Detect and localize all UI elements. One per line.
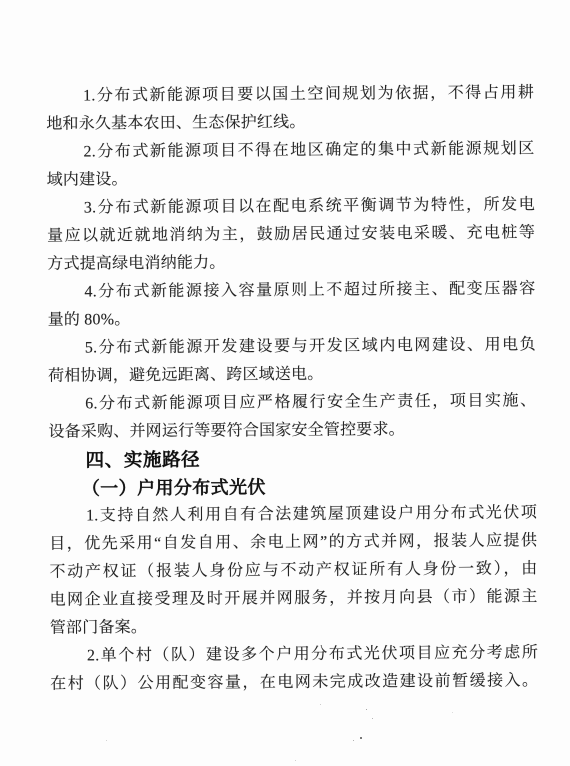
scan-noise-speck bbox=[353, 740, 354, 741]
sub-numbered-item-2-line-1: 2.单个村（队）建设多个户用分布式光伏项目应充分考虑所 bbox=[50, 639, 538, 670]
scan-noise-speck bbox=[372, 718, 373, 719]
scan-noise-speck bbox=[366, 709, 367, 710]
scan-noise-speck bbox=[106, 740, 107, 741]
numbered-item-5-line-1: 5.分布式新能源开发建设要与开发区域内电网建设、用电负 bbox=[48, 331, 536, 362]
section-heading-4-line-1: 四、实施路径 bbox=[49, 443, 537, 474]
document-body: 1.分布式新能源项目要以国土空间规划为依据，不得占用耕地和永久基本农田、生态保护… bbox=[46, 79, 538, 698]
scan-noise-speck bbox=[452, 712, 453, 713]
numbered-item-3-line-1: 3.分布式新能源项目以在配电系统平衡调节为特性，所发电 bbox=[47, 191, 535, 222]
numbered-item-1-line-1: 1.分布式新能源项目要以国土空间规划为依据，不得占用耕 bbox=[46, 79, 534, 110]
numbered-item-4-line-1: 4.分布式新能源接入容量原则上不超过所接主、配变压器容 bbox=[47, 275, 535, 306]
numbered-item-1-line-2: 地和永久基本农田、生态保护红线。 bbox=[46, 107, 534, 138]
scan-noise-speck bbox=[360, 737, 362, 739]
numbered-item-6-line-1: 6.分布式新能源项目应严格履行安全生产责任，项目实施、 bbox=[48, 387, 536, 418]
scanned-document-page: 1.分布式新能源项目要以国土空间规划为依据，不得占用耕地和永久基本农田、生态保护… bbox=[0, 0, 570, 766]
numbered-item-5-line-2: 荷相协调，避免远距离、跨区域送电。 bbox=[48, 359, 536, 390]
numbered-item-2-line-1: 2.分布式新能源项目不得在地区确定的集中式新能源规划区 bbox=[46, 135, 534, 166]
scan-noise-speck bbox=[320, 704, 321, 705]
sub-numbered-item-2-line-2: 在村（队）公用配变容量，在电网未完成改造建设前暂缓接入。 bbox=[50, 667, 538, 698]
sub-numbered-item-1-line-1: 1.支持自然人利用自有合法建筑屋顶建设户用分布式光伏项 bbox=[49, 499, 537, 530]
numbered-item-6-line-2: 设备采购、并网运行等要符合国家安全管控要求。 bbox=[48, 415, 536, 446]
numbered-item-2-line-2: 域内建设。 bbox=[47, 163, 535, 194]
subsection-heading-1-line-1: （一）户用分布式光伏 bbox=[49, 471, 537, 502]
sub-numbered-item-1-line-2: 目，优先采用“自发自用、余电上网”的方式并网，报装人应提供 bbox=[49, 527, 537, 558]
scan-noise-speck bbox=[295, 760, 296, 761]
sub-numbered-item-1-line-4: 电网企业直接受理及时开展并网服务，并按月向县（市）能源主 bbox=[50, 583, 538, 614]
sub-numbered-item-1-line-5: 管部门备案。 bbox=[50, 611, 538, 642]
numbered-item-3-line-3: 方式提高绿电消纳能力。 bbox=[47, 247, 535, 278]
numbered-item-3-line-2: 量应以就近就地消纳为主，鼓励居民通过安装电采暖、充电桩等 bbox=[47, 219, 535, 250]
numbered-item-4-line-2: 量的 80%。 bbox=[48, 303, 536, 334]
sub-numbered-item-1-line-3: 不动产权证（报装人身份应与不动产权证所有人身份一致），由 bbox=[49, 555, 537, 586]
